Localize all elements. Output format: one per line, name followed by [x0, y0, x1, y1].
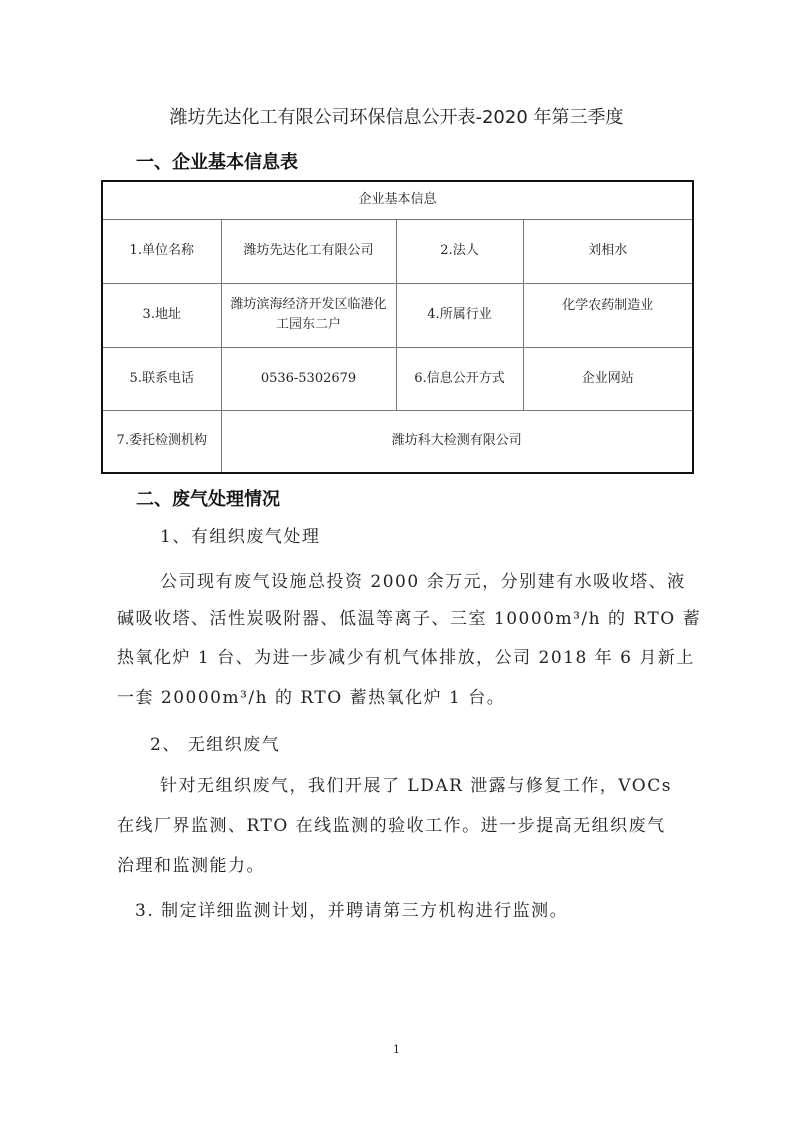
- paragraph-line: 公司现有废气设施总投资 2000 余万元，分别建有水吸收塔、液: [160, 572, 720, 592]
- label-industry: 4.所属行业: [396, 283, 523, 347]
- label-company-name: 1.单位名称: [102, 219, 221, 283]
- value-industry: 化学农药制造业: [523, 283, 693, 347]
- label-disclosure-method: 6.信息公开方式: [396, 347, 523, 410]
- value-phone: 0536-5302679: [221, 347, 396, 410]
- section1-heading: 一、企业基本信息表: [136, 148, 298, 174]
- table-header: 企业基本信息: [102, 181, 693, 219]
- label-testing-agency: 7.委托检测机构: [102, 410, 221, 473]
- paragraph-line: 一套 20000m³/h 的 RTO 蓄热氧化炉 1 台。: [117, 688, 677, 708]
- value-address: 潍坊滨海经济开发区临港化工园东二户: [221, 283, 396, 347]
- value-company-name: 潍坊先达化工有限公司: [221, 219, 396, 283]
- paragraph-line: 热氧化炉 1 台、为进一步减少有机气体排放，公司 2018 年 6 月新上: [117, 648, 677, 668]
- document-title: 潍坊先达化工有限公司环保信息公开表-2020 年第三季度: [0, 103, 793, 129]
- table-row: 3.地址 潍坊滨海经济开发区临港化工园东二户 4.所属行业 化学农药制造业: [102, 283, 693, 347]
- value-legal-person: 刘相水: [523, 219, 693, 283]
- table-row: 1.单位名称 潍坊先达化工有限公司 2.法人 刘相水: [102, 219, 693, 283]
- value-testing-agency: 潍坊科大检测有限公司: [221, 410, 693, 473]
- label-phone: 5.联系电话: [102, 347, 221, 410]
- table-row: 7.委托检测机构 潍坊科大检测有限公司: [102, 410, 693, 473]
- enterprise-info-table: 企业基本信息 1.单位名称 潍坊先达化工有限公司 2.法人 刘相水 3.地址 潍…: [101, 180, 694, 474]
- section2-heading: 二、废气处理情况: [136, 485, 280, 511]
- paragraph-line: 治理和监测能力。: [117, 856, 677, 876]
- item3-text: 3. 制定详细监测计划，并聘请第三方机构进行监测。: [135, 901, 695, 921]
- page-number: 1: [0, 1043, 793, 1056]
- label-legal-person: 2.法人: [396, 219, 523, 283]
- subsection2-heading: 2、 无组织废气: [150, 735, 710, 755]
- table-row: 5.联系电话 0536-5302679 6.信息公开方式 企业网站: [102, 347, 693, 410]
- table-header-row: 企业基本信息: [102, 181, 693, 219]
- paragraph-line: 针对无组织废气，我们开展了 LDAR 泄露与修复工作，VOCs: [160, 776, 720, 796]
- label-address: 3.地址: [102, 283, 221, 347]
- paragraph-line: 碱吸收塔、活性炭吸附器、低温等离子、三室 10000m³/h 的 RTO 蓄: [117, 609, 677, 629]
- subsection1-heading: 1、有组织废气处理: [160, 527, 720, 547]
- value-disclosure-method: 企业网站: [523, 347, 693, 410]
- paragraph-line: 在线厂界监测、RTO 在线监测的验收工作。进一步提高无组织废气: [117, 816, 677, 836]
